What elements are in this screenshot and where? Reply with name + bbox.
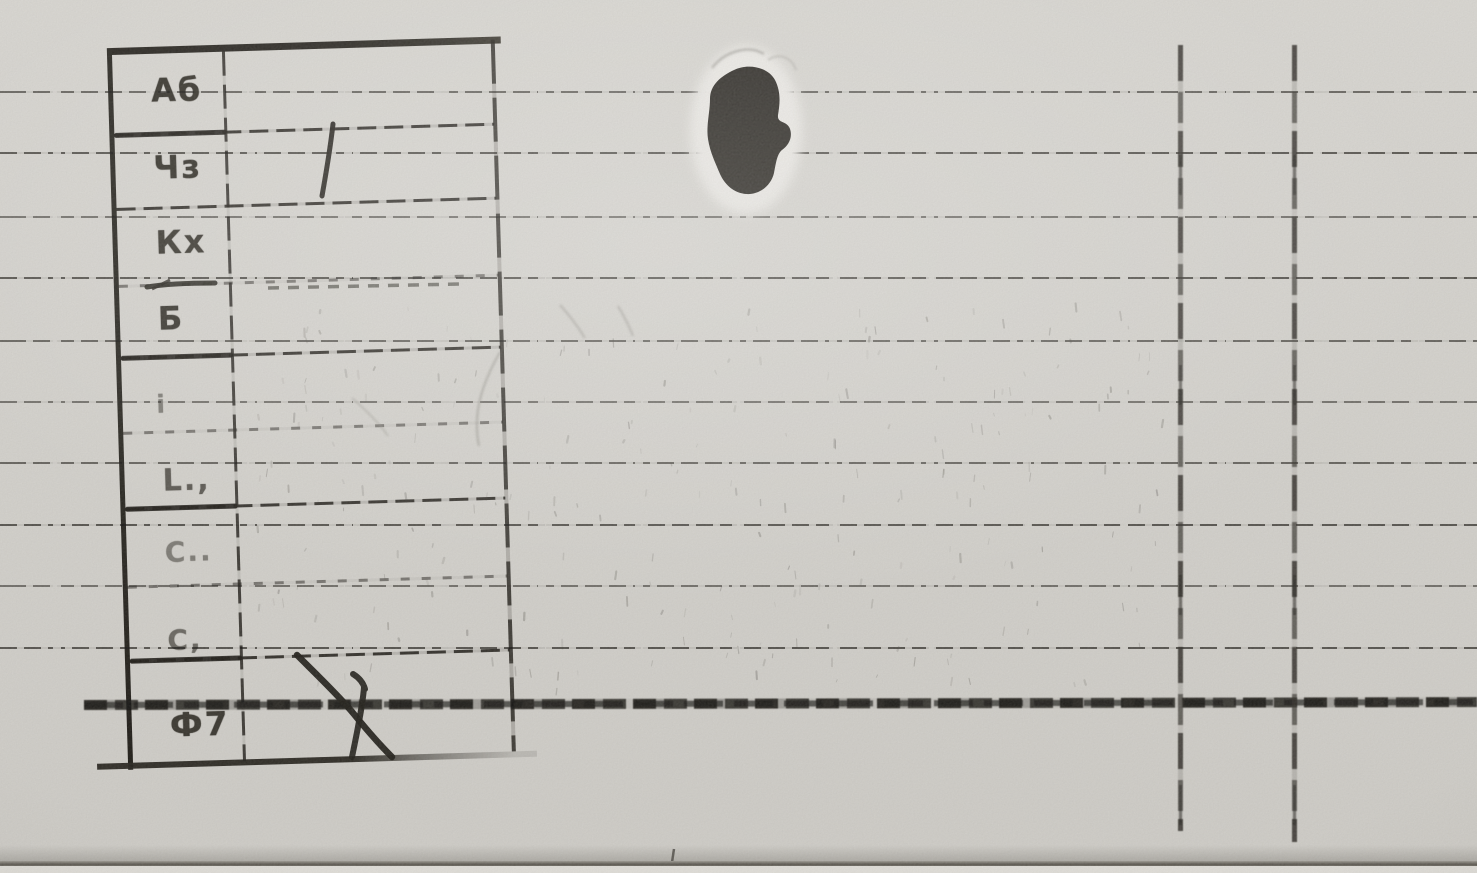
departments-stamp: Аб Чз Кх Б і L., С.. С, Ф7 [112, 44, 513, 768]
torn-flap-line [768, 56, 796, 70]
stamp-row-divider [114, 123, 494, 137]
stamp-row-label: і [156, 390, 167, 419]
stamp-row-label: Б [157, 299, 185, 338]
stamp-row-label: Чз [153, 147, 203, 186]
vertical-rule-right [1292, 45, 1297, 842]
stamp-row-label: L., [162, 462, 211, 498]
vertical-rule-left [1178, 45, 1183, 831]
pencil-trace [560, 305, 633, 338]
torn-flap-line [712, 50, 764, 68]
stamp-row-divider [119, 274, 499, 288]
card-edge-shadow [0, 845, 1477, 861]
scan-background-strip [0, 866, 1477, 873]
stamp-row-label: Кх [155, 222, 207, 261]
stamp-border-right [491, 40, 516, 752]
stamp-row-label: С.. [164, 534, 213, 568]
stamp-row-divider [117, 197, 497, 211]
stamp-border-bottom [97, 751, 537, 770]
stamp-border-top [109, 36, 501, 55]
stamp-row-divider [125, 497, 505, 511]
stamp-row-divider [128, 574, 508, 588]
scanned-library-card: Аб Чз Кх Б і L., С.. С, Ф7 [0, 0, 1477, 873]
stamp-row-label: Ф7 [169, 704, 230, 745]
punch-hole [707, 67, 790, 194]
stamp-row-divider [123, 421, 503, 435]
stamp-row-divider [121, 346, 501, 360]
torn-paper-halo [690, 46, 802, 214]
stamp-row-label: Аб [151, 70, 203, 109]
stamp-row-label: С, [167, 623, 203, 657]
